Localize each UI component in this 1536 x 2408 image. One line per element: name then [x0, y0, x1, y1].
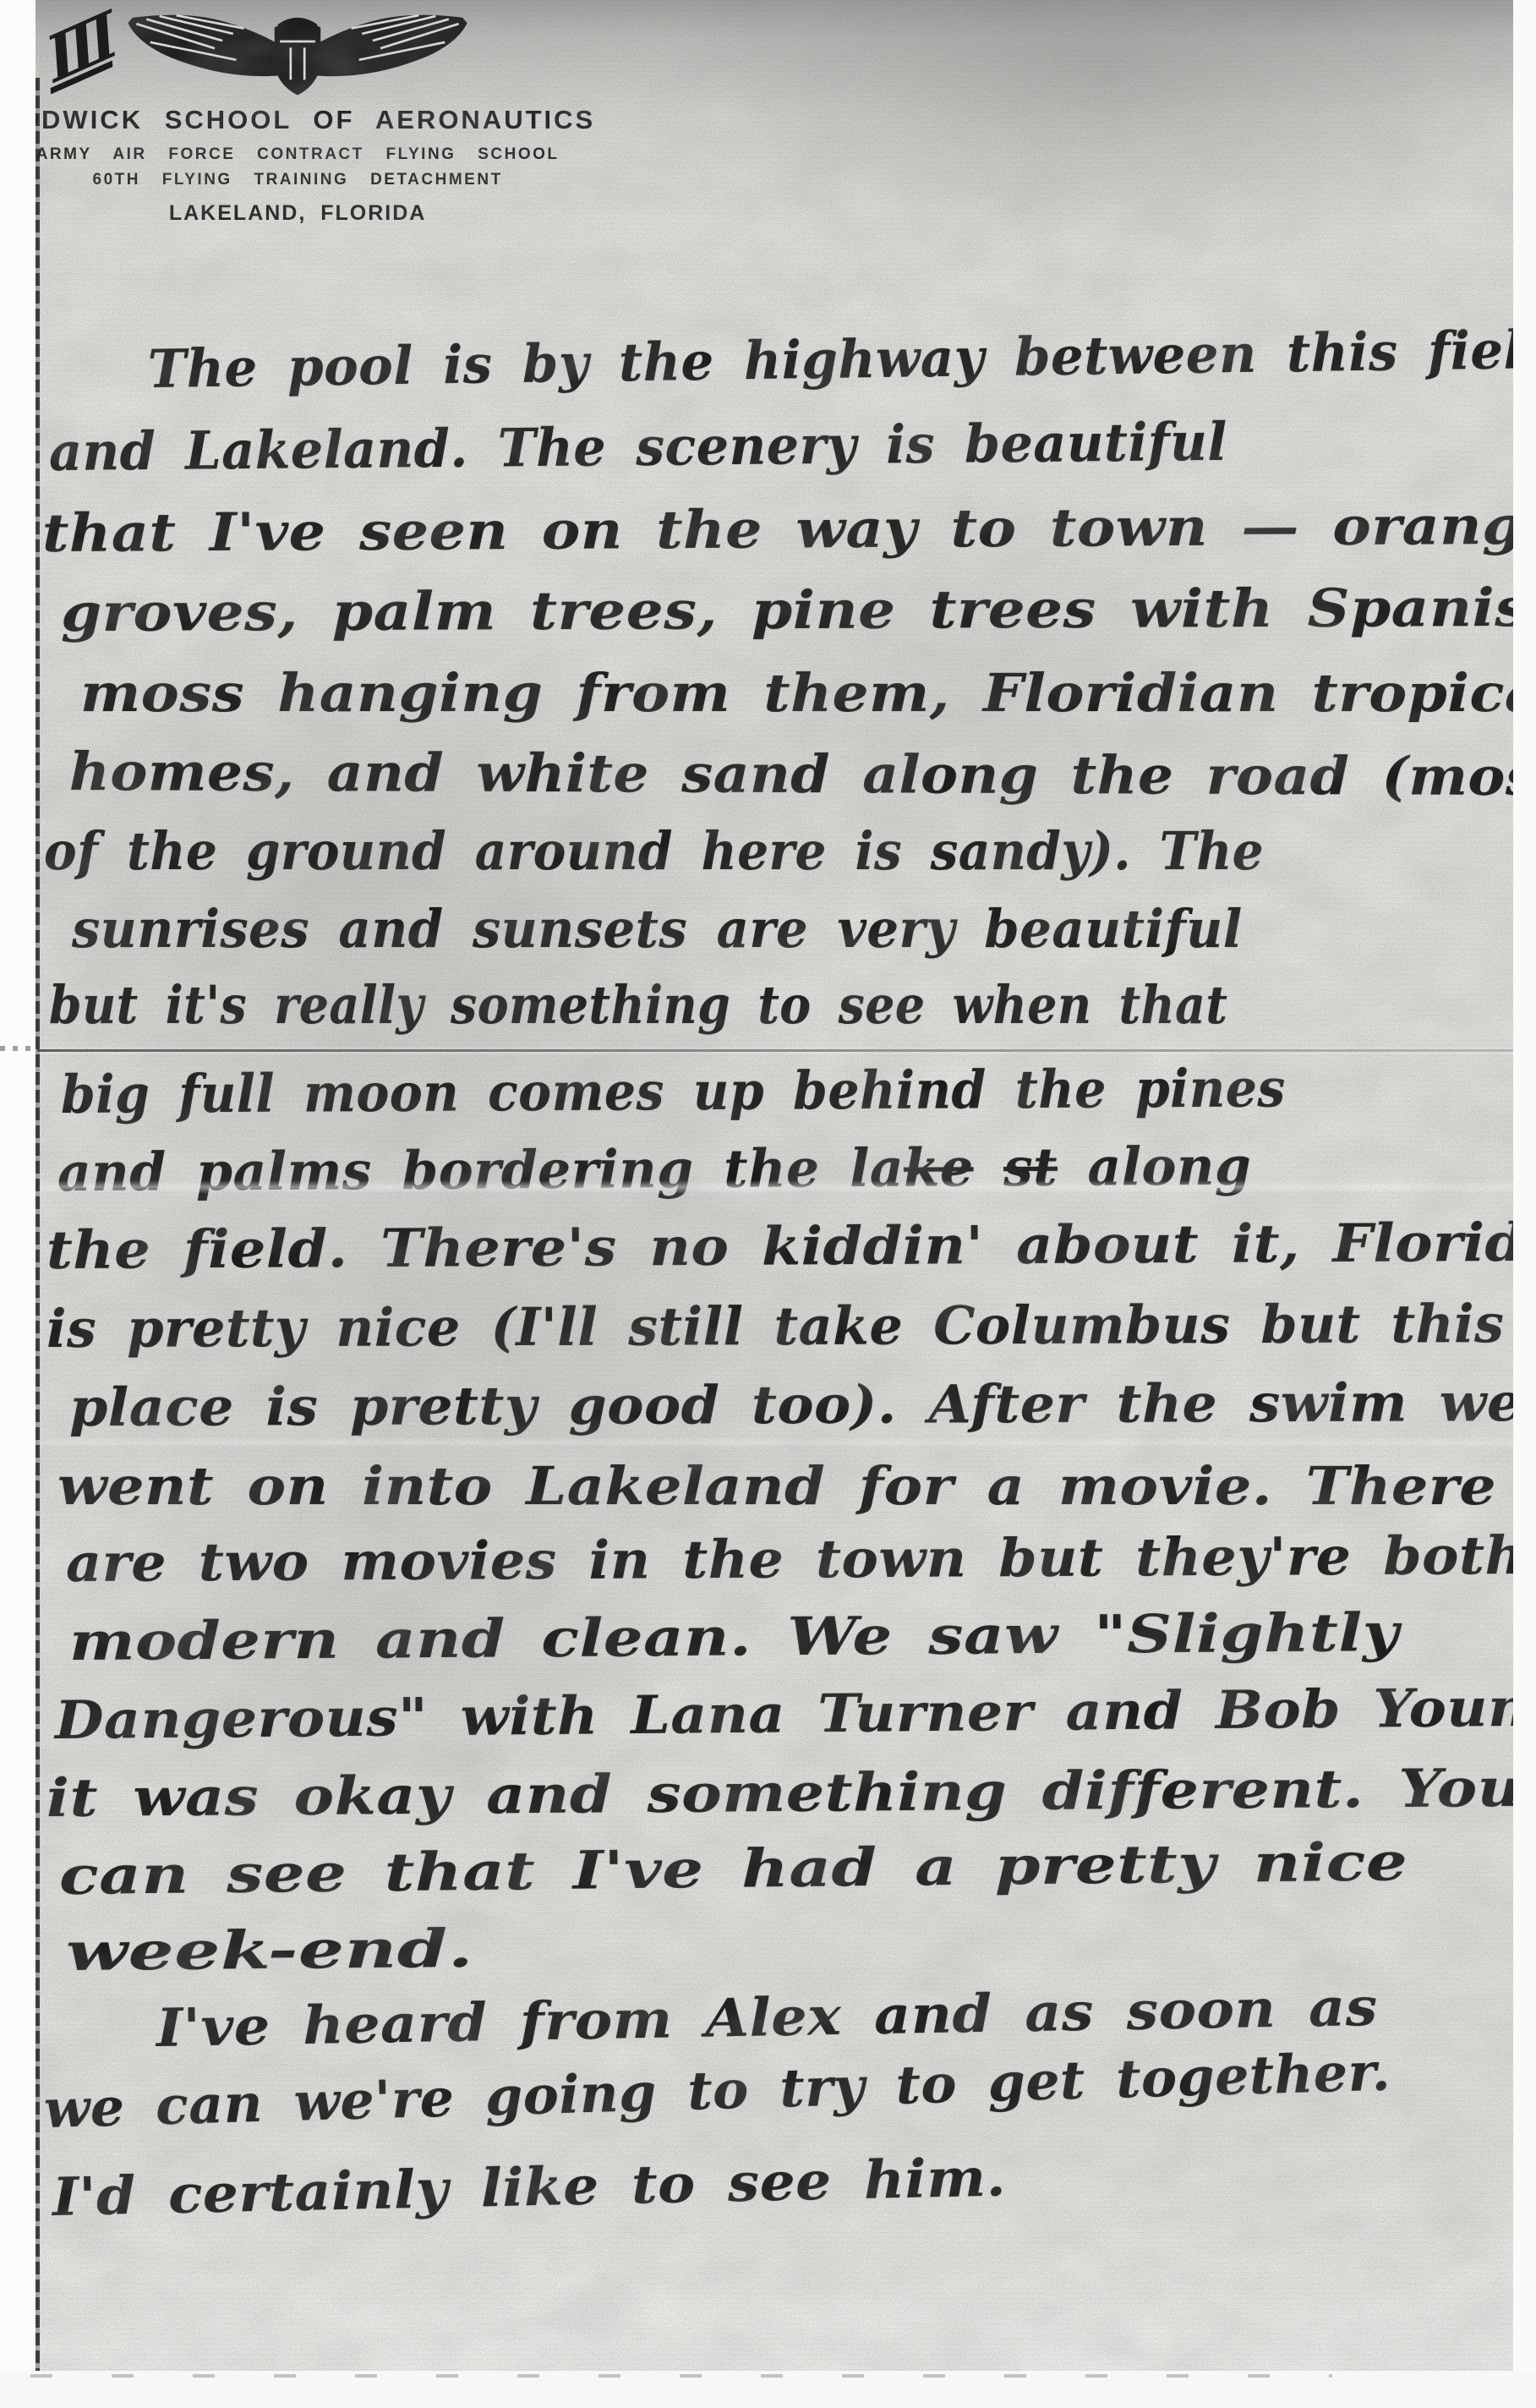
handwritten-line: The pool is by the highway between this … [147, 319, 1536, 400]
scan-bottom-artifacts [30, 2374, 1332, 2378]
handwritten-line: it was okay and something different. You [46, 1757, 1522, 1829]
handwritten-line: groves, palm trees, pine trees with Span… [61, 577, 1536, 643]
handwritten-line: that I've seen on the way to town — oran… [42, 495, 1536, 564]
handwritten-line: homes, and white sand along the road (mo… [69, 741, 1536, 807]
handwritten-line: is pretty nice (I'll still take Columbus… [46, 1293, 1505, 1360]
handwritten-line: and Lakeland. The scenery is beautiful [49, 411, 1227, 483]
handwritten-line: big full moon comes up behind the pines [61, 1057, 1286, 1125]
scan-margin-right [1513, 0, 1536, 2408]
fold-crease-light-2 [37, 1437, 1536, 1448]
handwritten-line: went on into Lakeland for a movie. There [57, 1455, 1496, 1517]
handwritten-line: can see that I've had a pretty nice [59, 1831, 1408, 1907]
handwritten-line: moss hanging from them, Floridian tropic… [80, 662, 1536, 724]
handwritten-line: week-end. [66, 1918, 474, 1983]
handwritten-line: modern and clean. We saw "Slightly [69, 1601, 1399, 1672]
fold-crease-line [37, 1049, 1536, 1052]
scanned-letter-page: III [0, 0, 1536, 2408]
handwritten-line: I'd certainly like to see him. [52, 2146, 1006, 2228]
handwritten-line: place is pretty good too). After the swi… [69, 1371, 1522, 1438]
handwritten-line: Dangerous" with Lana Turner and Bob Youn… [55, 1676, 1536, 1751]
handwritten-line: the field. There's no kiddin' about it, … [46, 1212, 1536, 1281]
scan-margin-left [0, 0, 36, 2408]
handwritten-line: but it's really something to see when th… [49, 974, 1227, 1036]
handwritten-line: of the ground around here is sandy). The [44, 820, 1264, 882]
fold-crease-light [37, 1180, 1536, 1194]
handwritten-line: sunrises and sunsets are very beautiful [72, 898, 1243, 960]
handwritten-line: are two movies in the town but they're b… [66, 1524, 1526, 1594]
handwriting: The pool is by the highway between this … [0, 0, 1536, 2408]
scan-edge-line [36, 78, 40, 2371]
crease-margin-ticks [0, 1046, 36, 1051]
